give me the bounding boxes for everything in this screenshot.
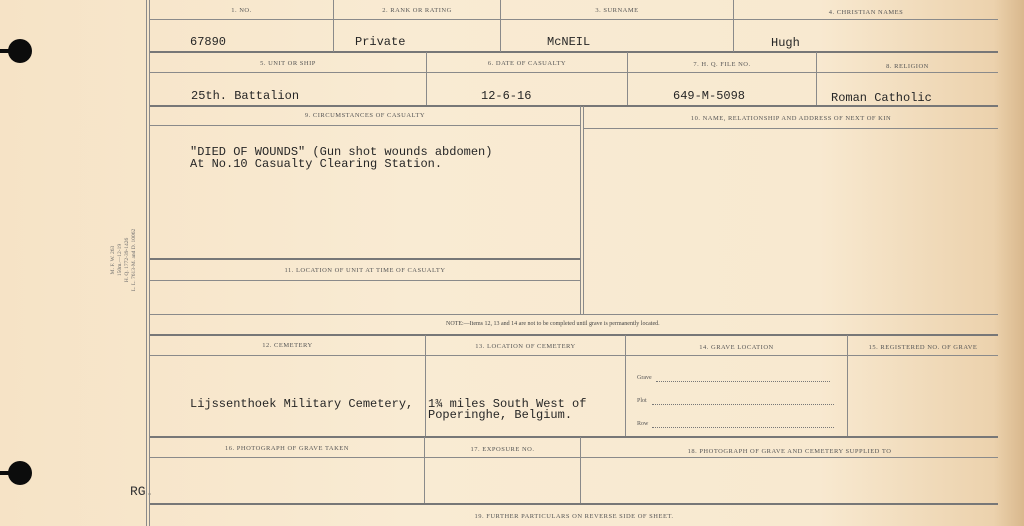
margin-print: M. F. W. 263 150m.—12-19 H. Q. 1772-39-1… (84, 240, 164, 280)
value-cemetery: Lijssenthoek Military Cemetery, (190, 397, 413, 411)
punch-hole-top (8, 39, 32, 63)
circumstances-line-2: At No.10 Casualty Clearing Station. (190, 157, 442, 171)
divider (580, 106, 581, 314)
divider (150, 258, 580, 260)
value-surname: McNEIL (547, 35, 590, 49)
divider (150, 355, 998, 356)
divider (150, 436, 998, 438)
divider (627, 52, 628, 105)
divider (816, 52, 817, 105)
value-hq-file-no: 649-M-5098 (673, 89, 745, 103)
label-christian-names: 4. CHRISTIAN NAMES (734, 9, 998, 16)
margin-print-line: M. F. W. 263 (110, 246, 117, 275)
label-hq-file-no: 7. H. Q. FILE NO. (628, 61, 816, 68)
margin-print-line: 150m.—12-19 (117, 244, 124, 276)
label-date-of-casualty: 6. DATE OF CASUALTY (427, 60, 627, 67)
divider (425, 335, 426, 436)
label-registered-no: 15. REGISTERED NO. OF GRAVE (848, 344, 998, 351)
value-christian-names: Hugh (771, 36, 800, 50)
label-surname: 3. SURNAME (501, 7, 733, 14)
left-border (146, 0, 147, 526)
label-grave-location: 14. GRAVE LOCATION (626, 344, 847, 351)
divider (580, 437, 581, 503)
divider (150, 125, 580, 126)
label-photo-supplied: 18. PHOTOGRAPH OF GRAVE AND CEMETERY SUP… (581, 448, 998, 455)
plot-label: Plot (637, 398, 647, 404)
divider (733, 0, 734, 52)
grave-dotted-line (656, 381, 830, 382)
divider (150, 280, 580, 281)
margin-print-line: L. L. 7613-M. and D. 10062 (131, 229, 138, 291)
row-dotted-line (652, 427, 834, 428)
divider (150, 72, 998, 73)
divider (150, 105, 998, 107)
row-label: Row (637, 421, 648, 427)
value-rank: Private (355, 35, 405, 49)
margin-print-line: H. Q. 1772-39-1426 (124, 238, 131, 283)
label-exposure-no: 17. EXPOSURE NO. (425, 446, 580, 453)
label-no: 1. NO. (150, 7, 333, 14)
divider (150, 334, 998, 336)
label-location-of-cemetery: 13. LOCATION OF CEMETERY (426, 343, 625, 350)
label-cemetery: 12. CEMETERY (150, 342, 425, 349)
divider (150, 51, 998, 53)
label-religion: 8. RELIGION (817, 63, 998, 70)
punch-hole-bottom (8, 461, 32, 485)
label-rank: 2. RANK OR RATING (334, 7, 500, 14)
divider (150, 457, 998, 458)
location-of-cemetery-line-2: Poperinghe, Belgium. (428, 408, 572, 422)
label-circumstances: 9. CIRCUMSTANCES OF CASUALTY (150, 112, 580, 119)
value-religion: Roman Catholic (831, 91, 932, 105)
label-unit: 5. UNIT OR SHIP (150, 60, 426, 67)
label-location-of-unit: 11. LOCATION OF UNIT AT TIME OF CASUALTY (150, 267, 580, 274)
label-next-of-kin: 10. NAME, RELATIONSHIP AND ADDRESS OF NE… (584, 115, 998, 122)
divider (150, 19, 998, 20)
grave-label: Grave (637, 375, 652, 381)
label-photo-taken: 16. PHOTOGRAPH OF GRAVE TAKEN (150, 445, 424, 452)
value-unit: 25th. Battalion (191, 89, 299, 103)
divider (150, 503, 998, 505)
value-date-of-casualty: 12-6-16 (481, 89, 531, 103)
completion-note: NOTE:—Items 12, 13 and 14 are not to be … (446, 321, 660, 327)
divider (583, 128, 998, 129)
plot-dotted-line (652, 404, 834, 405)
divider (583, 106, 584, 314)
divider (150, 314, 998, 315)
label-further-particulars: 19. FURTHER PARTICULARS ON REVERSE SIDE … (150, 513, 998, 520)
value-no: 67890 (190, 35, 226, 49)
